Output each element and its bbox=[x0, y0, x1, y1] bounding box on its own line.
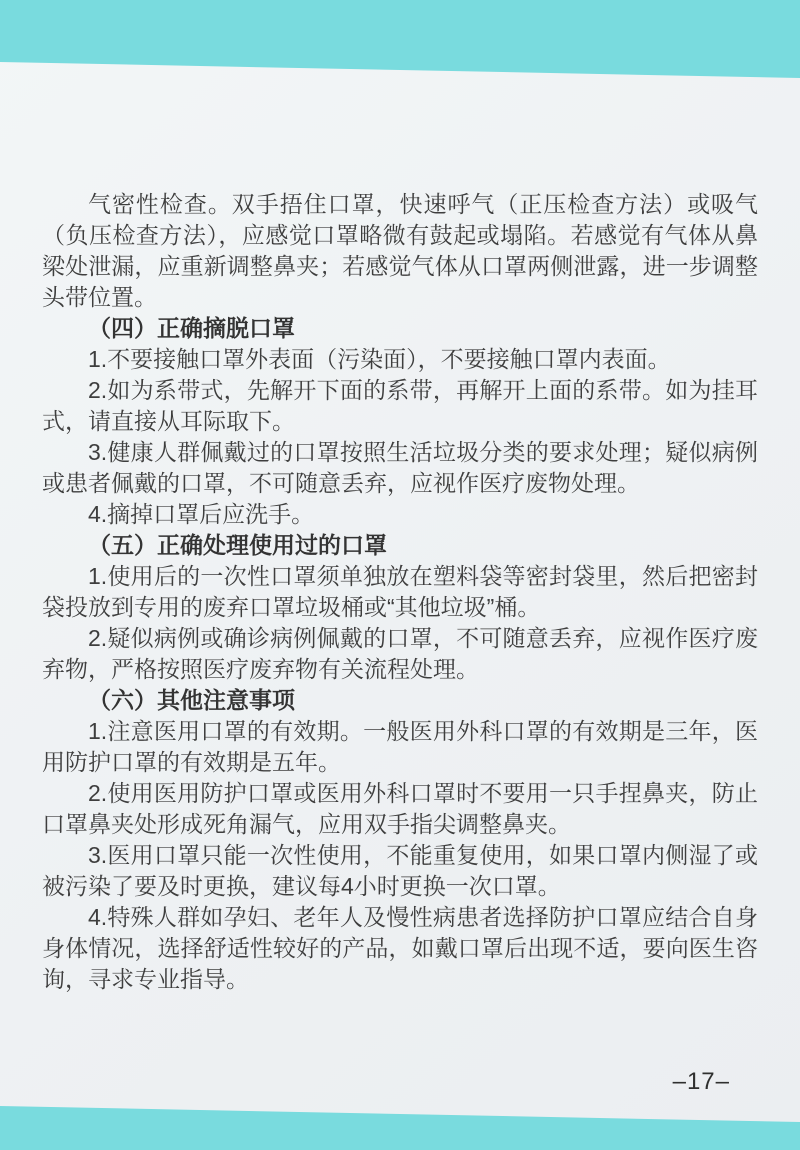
section-heading-6-other-notes: （六）其他注意事项 bbox=[42, 685, 758, 716]
paragraph-item: 3.健康人群佩戴过的口罩按照生活垃圾分类的要求处理；疑似病例或患者佩戴的口罩，不… bbox=[42, 437, 758, 499]
paragraph-item: 3.医用口罩只能一次性使用，不能重复使用，如果口罩内侧湿了或被污染了要及时更换，… bbox=[42, 840, 758, 902]
paragraph-item: 4.摘掉口罩后应洗手。 bbox=[42, 499, 758, 530]
bottom-decorative-band bbox=[0, 1100, 800, 1150]
paragraph-item: 1.使用后的一次性口罩须单独放在塑料袋等密封袋里，然后把密封袋投放到专用的废弃口… bbox=[42, 561, 758, 623]
section-heading-4-removing-mask: （四）正确摘脱口罩 bbox=[42, 313, 758, 344]
top-decorative-band bbox=[0, 0, 800, 80]
booklet-page: { "page": { "number_label": "–17–", "col… bbox=[0, 0, 800, 1150]
page-body-text: 气密性检查。双手捂住口罩，快速呼气（正压检查方法）或吸气（负压检查方法），应感觉… bbox=[42, 189, 758, 995]
paragraph-item: 1.注意医用口罩的有效期。一般医用外科口罩的有效期是三年，医用防护口罩的有效期是… bbox=[42, 716, 758, 778]
section-heading-5-disposing-used-mask: （五）正确处理使用过的口罩 bbox=[42, 530, 758, 561]
paragraph-item: 2.使用医用防护口罩或医用外科口罩时不要用一只手捏鼻夹，防止口罩鼻夹处形成死角漏… bbox=[42, 778, 758, 840]
paragraph-item: 2.如为系带式，先解开下面的系带，再解开上面的系带。如为挂耳式，请直接从耳际取下… bbox=[42, 375, 758, 437]
paragraph-airtightness-check: 气密性检查。双手捂住口罩，快速呼气（正压检查方法）或吸气（负压检查方法），应感觉… bbox=[42, 189, 758, 313]
paragraph-item: 2.疑似病例或确诊病例佩戴的口罩，不可随意丢弃，应视作医疗废弃物，严格按照医疗废… bbox=[42, 623, 758, 685]
paragraph-item: 4.特殊人群如孕妇、老年人及慢性病患者选择防护口罩应结合自身身体情况，选择舒适性… bbox=[42, 902, 758, 995]
page-number: –17– bbox=[673, 1068, 730, 1096]
paragraph-item: 1.不要接触口罩外表面（污染面），不要接触口罩内表面。 bbox=[42, 344, 758, 375]
